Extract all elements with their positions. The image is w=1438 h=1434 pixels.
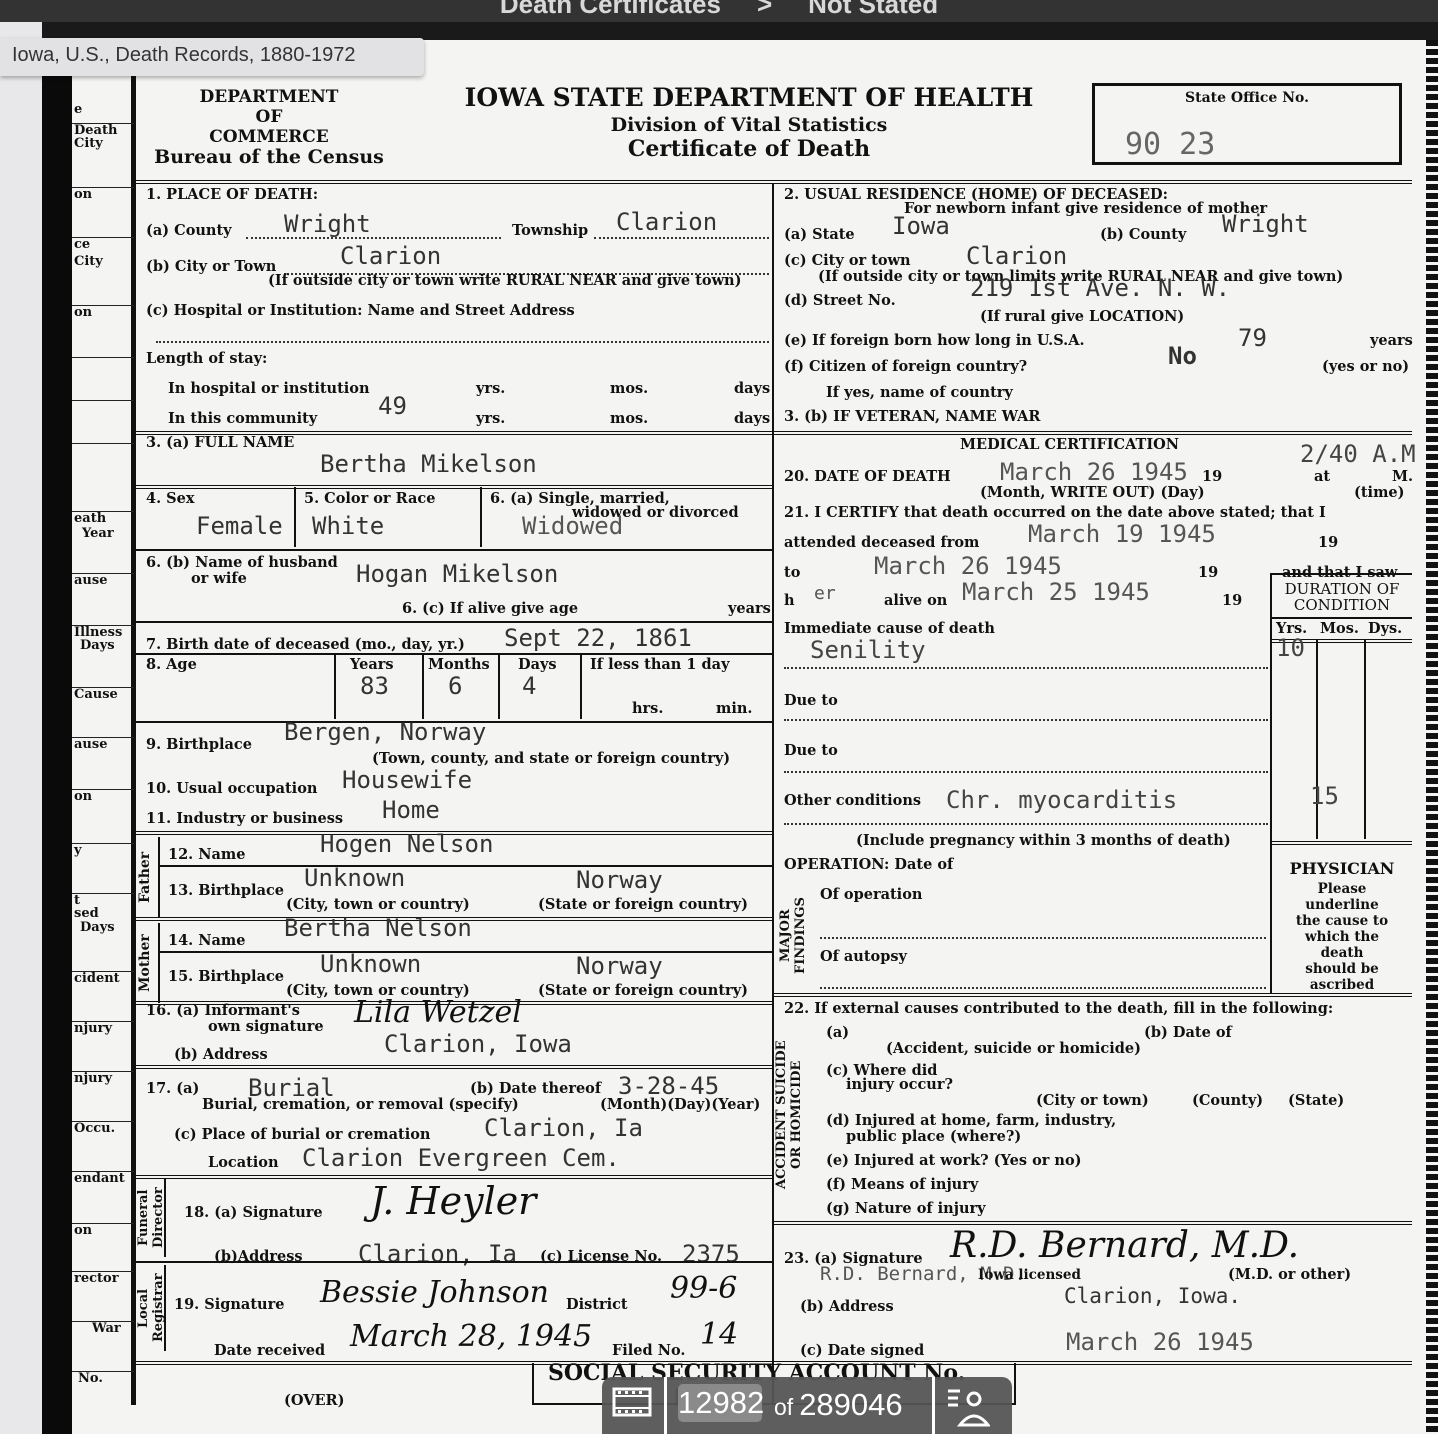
birthplace-label: 9. Birthplace bbox=[146, 737, 252, 753]
occupation-value: Housewife bbox=[342, 767, 472, 793]
dotted-line bbox=[784, 823, 1268, 825]
burial-location-label: Location bbox=[208, 1155, 279, 1171]
state-office-number: 90 23 bbox=[1125, 127, 1215, 162]
dotted-line bbox=[156, 341, 769, 343]
city-note: (If outside city or town write RURAL NEA… bbox=[268, 273, 741, 289]
funeral-director-side-label: Funeral Director bbox=[136, 1179, 166, 1257]
of-operation-label: Of operation bbox=[820, 887, 922, 903]
stub-label: City bbox=[72, 137, 134, 150]
city-note: (City or town) bbox=[1036, 1093, 1149, 1109]
injured-at-label: public place (where?) bbox=[846, 1129, 1021, 1145]
country-label: If yes, name of country bbox=[826, 385, 1013, 401]
stub-label: rector bbox=[72, 1271, 134, 1285]
stub-divider bbox=[72, 357, 134, 358]
certificate-stub: e Death City on ce City on eath Year aus… bbox=[72, 75, 134, 1405]
due-to-label: Due to bbox=[784, 693, 838, 709]
state-office-label: State Office No. bbox=[1095, 90, 1399, 106]
year-prefix: 19 bbox=[1222, 593, 1242, 609]
stub-label: t bbox=[72, 893, 134, 907]
unit-label: hrs. bbox=[632, 701, 663, 717]
date-received-label: Date received bbox=[214, 1343, 325, 1359]
duration-title-line: CONDITION bbox=[1274, 597, 1410, 613]
stub-label: Cause bbox=[72, 687, 134, 701]
informant-address-value: Clarion, Iowa bbox=[384, 1031, 572, 1057]
father-birthplace-city: Unknown bbox=[304, 865, 405, 891]
viewer-gutter bbox=[0, 22, 42, 1434]
physician-box-border bbox=[1270, 843, 1272, 993]
father-birthplace-label: 13. Birthplace bbox=[168, 883, 284, 899]
external-causes-heading: 22. If external causes contributed to th… bbox=[784, 1001, 1333, 1017]
cell-divider bbox=[294, 487, 296, 547]
toolbar-separator bbox=[664, 1377, 667, 1434]
cell-divider bbox=[158, 837, 160, 917]
cell-divider bbox=[498, 653, 500, 719]
stub-divider bbox=[72, 443, 134, 444]
rural-note: (If rural give LOCATION) bbox=[980, 309, 1184, 325]
community-years-value: 49 bbox=[378, 393, 407, 419]
attended-to-value: March 26 1945 bbox=[874, 553, 1062, 579]
page-number-input[interactable]: 12982 bbox=[678, 1384, 762, 1422]
stub-label: sed bbox=[72, 907, 134, 920]
dotted-line bbox=[594, 237, 769, 239]
time-of-death-note: 2/40 A.M bbox=[1300, 441, 1416, 467]
major-findings-label: MAJOR FINDINGS bbox=[778, 881, 808, 991]
district-value: 99-6 bbox=[670, 1271, 737, 1306]
medical-cert-heading: MEDICAL CERTIFICATION bbox=[960, 437, 1179, 453]
due-to-label: Due to bbox=[784, 743, 838, 759]
year-prefix: 19 bbox=[1198, 565, 1218, 581]
alive-on-value: March 25 1945 bbox=[962, 579, 1150, 605]
residence-city-value: Clarion bbox=[966, 243, 1067, 269]
divider bbox=[134, 431, 1412, 435]
divider bbox=[134, 549, 772, 551]
mother-side-label: Mother bbox=[138, 923, 153, 1003]
stub-label: City bbox=[72, 255, 134, 268]
registrar-side-label: Local Registrar bbox=[136, 1265, 166, 1351]
other-conditions-value: Chr. myocarditis bbox=[946, 787, 1177, 813]
age-years-value: 83 bbox=[360, 673, 389, 699]
county-note: (County) bbox=[1192, 1093, 1263, 1109]
informant-address-label: (b) Address bbox=[174, 1047, 268, 1063]
father-birthplace-country: Norway bbox=[576, 867, 663, 893]
breadcrumb-item[interactable]: Not Stated bbox=[808, 0, 938, 19]
full-name-value: Bertha Mikelson bbox=[320, 451, 537, 477]
license-value: 2375 bbox=[682, 1241, 740, 1267]
dotted-line bbox=[784, 719, 1268, 721]
bureau-line: Bureau of the Census bbox=[154, 147, 384, 167]
division-title: Division of Vital Statistics bbox=[424, 114, 1074, 136]
injury-date-label: (b) Date of bbox=[1144, 1025, 1232, 1041]
funeral-signature-label: 18. (a) Signature bbox=[184, 1205, 323, 1221]
collection-tooltip: Iowa, U.S., Death Records, 1880-1972 bbox=[0, 38, 424, 76]
dotted-line bbox=[820, 937, 1266, 939]
unit-label: years bbox=[728, 601, 771, 617]
immediate-cause-label: Immediate cause of death bbox=[784, 621, 995, 637]
dept-line: COMMERCE bbox=[154, 127, 384, 147]
physician-signature: R.D. Bernard, M.D. bbox=[950, 1225, 1299, 1266]
date-signed-label: (c) Date signed bbox=[800, 1343, 924, 1359]
father-name-value: Hogen Nelson bbox=[320, 831, 493, 857]
page-count: of289046 bbox=[774, 1387, 903, 1423]
township-label: Township bbox=[512, 223, 588, 239]
race-label: 5. Color or Race bbox=[304, 491, 435, 507]
md-note: (M.D. or other) bbox=[1228, 1267, 1351, 1283]
dept-line: OF bbox=[154, 107, 384, 127]
unit-label: yrs. bbox=[476, 411, 505, 427]
unit-label: days bbox=[734, 381, 770, 397]
stub-label: njury bbox=[72, 1021, 134, 1035]
dod-note: (Month, WRITE OUT) (Day) bbox=[980, 485, 1205, 501]
injury-location-label: injury occur? bbox=[846, 1077, 953, 1093]
residence-state-value: Iowa bbox=[892, 213, 950, 239]
over-label: (OVER) bbox=[284, 1393, 344, 1409]
cell-divider bbox=[334, 653, 336, 719]
spouse-age-label: 6. (c) If alive give age bbox=[402, 601, 578, 617]
divider bbox=[134, 1065, 772, 1069]
meridiem-label: M. bbox=[1392, 469, 1413, 485]
death-city-value: Clarion bbox=[340, 243, 441, 269]
birthplace-value: Bergen, Norway bbox=[284, 719, 486, 745]
dept-commerce-header: DEPARTMENT OF COMMERCE Bureau of the Cen… bbox=[154, 87, 384, 167]
yes-no-note: (yes or no) bbox=[1322, 359, 1409, 375]
accident-side-label: ACCIDENT SUICIDE OR HOMICIDE bbox=[774, 1035, 804, 1195]
place-of-death-heading: 1. PLACE OF DEATH: bbox=[146, 187, 318, 203]
hospital-label: (c) Hospital or Institution: Name and St… bbox=[146, 303, 575, 319]
divider bbox=[134, 621, 772, 623]
city-label: (b) City or Town bbox=[146, 259, 276, 275]
pregnancy-note: (Include pregnancy within 3 months of de… bbox=[856, 833, 1231, 849]
unit-label: days bbox=[734, 411, 770, 427]
residence-city-label: (c) City or town bbox=[784, 253, 911, 269]
divider bbox=[160, 865, 772, 867]
birth-date-label: 7. Birth date of deceased (mo., day, yr.… bbox=[146, 637, 465, 653]
h-label: h bbox=[784, 593, 795, 609]
nature-of-injury-label: (g) Nature of injury bbox=[826, 1201, 986, 1217]
mother-birthplace-label: 15. Birthplace bbox=[168, 969, 284, 985]
cell-divider bbox=[164, 1265, 166, 1351]
full-name-label: 3. (a) FULL NAME bbox=[146, 435, 294, 451]
stub-label: No. bbox=[72, 1371, 134, 1385]
cell-divider bbox=[480, 487, 482, 547]
attended-to-label: to bbox=[784, 565, 800, 581]
stub-label: on bbox=[72, 1223, 134, 1237]
cell-divider bbox=[158, 923, 160, 1003]
foreign-born-label: (e) If foreign born how long in U.S.A. bbox=[784, 333, 1085, 349]
spouse-label: 6. (b) Name of husband bbox=[146, 555, 338, 571]
injured-at-work-label: (e) Injured at work? (Yes or no) bbox=[826, 1153, 1082, 1169]
unit-label: years bbox=[1370, 333, 1413, 349]
breadcrumb-separator: > bbox=[757, 0, 772, 19]
registrar-signature-label: 19. Signature bbox=[174, 1297, 284, 1313]
duration-header: Dys. bbox=[1368, 621, 1402, 637]
certify-text: 21. I CERTIFY that death occurred on the… bbox=[784, 505, 1326, 521]
burial-label: 17. (a) bbox=[146, 1081, 199, 1097]
registrar-signature: Bessie Johnson bbox=[320, 1275, 549, 1310]
duration-title: DURATION OFCONDITION bbox=[1274, 581, 1410, 613]
hospital-stay-label: In hospital or institution bbox=[168, 381, 370, 397]
date-of-death-value: March 26 1945 bbox=[1000, 459, 1188, 485]
industry-value: Home bbox=[382, 797, 440, 823]
date-received-value: March 28, 1945 bbox=[350, 1319, 592, 1354]
state-office-box: State Office No. 90 23 bbox=[1092, 83, 1402, 165]
age-header: Years bbox=[350, 657, 394, 673]
burial-date-label: (b) Date thereof bbox=[470, 1081, 601, 1097]
stub-label: cident bbox=[72, 971, 134, 985]
stub-label: njury bbox=[72, 1071, 134, 1085]
dotted-line bbox=[820, 987, 1266, 989]
total-images: 289046 bbox=[799, 1387, 902, 1422]
stub-label: endant bbox=[72, 1171, 134, 1185]
cell-divider bbox=[422, 653, 424, 719]
burial-type-note: Burial, cremation, or removal (specify) bbox=[202, 1097, 519, 1113]
alive-on-label: alive on bbox=[884, 593, 947, 609]
attended-from-label: attended deceased from bbox=[784, 535, 979, 551]
stub-label: Year bbox=[72, 527, 134, 540]
stub-label: ause bbox=[72, 737, 134, 751]
state-note: (State or foreign country) bbox=[538, 983, 748, 999]
divider bbox=[1270, 573, 1412, 575]
mother-birthplace-city: Unknown bbox=[320, 951, 421, 977]
father-name-label: 12. Name bbox=[168, 847, 246, 863]
toolbar-separator bbox=[932, 1377, 935, 1434]
cell-divider bbox=[164, 1179, 166, 1257]
community-label: In this community bbox=[168, 411, 317, 427]
occupation-label: 10. Usual occupation bbox=[146, 781, 317, 797]
birth-date-value: Sept 22, 1861 bbox=[504, 625, 692, 651]
citizen-value: No bbox=[1168, 343, 1197, 369]
age-header: If less than 1 day bbox=[590, 657, 730, 673]
residence-county-value: Wright bbox=[1222, 211, 1309, 237]
age-label: 8. Age bbox=[146, 657, 197, 673]
death-township-value: Clarion bbox=[616, 209, 717, 235]
other-duration-years: 15 bbox=[1310, 783, 1339, 809]
sex-value: Female bbox=[196, 513, 283, 539]
filed-no-label: Filed No. bbox=[612, 1343, 685, 1359]
burial-location-value: Clarion Evergreen Cem. bbox=[302, 1145, 620, 1171]
accident-type-note: (Accident, suicide or homicide) bbox=[886, 1041, 1141, 1057]
informant-label: 16. (a) Informant's bbox=[146, 1003, 300, 1019]
industry-label: 11. Industry or business bbox=[146, 811, 343, 827]
stub-label: Days bbox=[72, 639, 134, 652]
breadcrumb-item[interactable]: Death Certificates bbox=[500, 0, 721, 19]
state-label: (a) State bbox=[784, 227, 855, 243]
dept-line: DEPARTMENT bbox=[154, 87, 384, 107]
mother-name-value: Bertha Nelson bbox=[284, 915, 472, 941]
state-note: (State or foreign country) bbox=[538, 897, 748, 913]
stub-label: ce bbox=[72, 237, 134, 251]
certificate-heading: Certificate of Death bbox=[424, 136, 1074, 162]
department-title: IOWA STATE DEPARTMENT OF HEALTH bbox=[424, 83, 1074, 112]
stub-label: Death bbox=[72, 123, 134, 137]
index-person-icon[interactable] bbox=[946, 1385, 990, 1427]
physician-address-label: (b) Address bbox=[800, 1299, 894, 1315]
age-header: Months bbox=[428, 657, 490, 673]
stub-label: eath bbox=[72, 511, 134, 525]
residence-county-label: (b) County bbox=[1100, 227, 1186, 243]
iowa-licensed-label: Iowa licensed bbox=[978, 1267, 1081, 1283]
informant-label: own signature bbox=[208, 1019, 324, 1035]
age-months-value: 6 bbox=[448, 673, 462, 699]
filmstrip-icon[interactable] bbox=[612, 1385, 652, 1419]
physician-box-title: PHYSICIAN bbox=[1274, 861, 1410, 877]
veteran-label: 3. (b) IF VETERAN, NAME WAR bbox=[784, 409, 1040, 425]
immediate-duration-years: 10 bbox=[1276, 635, 1305, 661]
physician-box-note: Please underline the cause to which the … bbox=[1294, 881, 1390, 993]
city-note: (City, town or country) bbox=[286, 897, 470, 913]
sex-label: 4. Sex bbox=[146, 491, 195, 507]
years-in-usa-value: 79 bbox=[1238, 325, 1267, 351]
birthplace-note: (Town, county, and state or foreign coun… bbox=[372, 751, 730, 767]
attended-from-value: March 19 1945 bbox=[1028, 521, 1216, 547]
length-of-stay-label: Length of stay: bbox=[146, 351, 267, 367]
of-label: of bbox=[774, 1394, 793, 1420]
divider bbox=[1270, 617, 1412, 619]
death-certificate-form: DEPARTMENT OF COMMERCE Bureau of the Cen… bbox=[134, 75, 1412, 1405]
date-signed-value: March 26 1945 bbox=[1066, 1329, 1254, 1355]
divider bbox=[774, 993, 1412, 997]
unit-label: yrs. bbox=[476, 381, 505, 397]
unit-label: mos. bbox=[610, 411, 648, 427]
unit-label: min. bbox=[716, 701, 752, 717]
means-of-injury-label: (f) Means of injury bbox=[826, 1177, 978, 1193]
divider bbox=[134, 653, 772, 655]
filed-no-value: 14 bbox=[700, 1317, 738, 1352]
burial-date-note: (Month)(Day)(Year) bbox=[600, 1097, 760, 1113]
funeral-address-value: Clarion, Ia bbox=[358, 1241, 517, 1267]
stub-label: Illness bbox=[72, 625, 134, 639]
stub-divider bbox=[72, 400, 134, 401]
dotted-line bbox=[784, 667, 1268, 669]
stub-label: e bbox=[72, 103, 134, 116]
dotted-line bbox=[784, 771, 1268, 773]
perforated-edge bbox=[1426, 40, 1438, 1434]
stub-label: y bbox=[72, 843, 134, 857]
year-prefix: 19 bbox=[1202, 469, 1222, 485]
injured-at-label: (d) Injured at home, farm, industry, bbox=[826, 1113, 1116, 1129]
citizen-label: (f) Citizen of foreign country? bbox=[784, 359, 1027, 375]
divider bbox=[1270, 841, 1412, 845]
unit-label: mos. bbox=[610, 381, 648, 397]
death-county-value: Wright bbox=[284, 211, 371, 237]
at-label: at bbox=[1314, 469, 1330, 485]
operation-date-label: OPERATION: Date of bbox=[784, 857, 953, 873]
spouse-label: or wife bbox=[191, 571, 247, 587]
physician-address-value: Clarion, Iowa. bbox=[1064, 1283, 1241, 1309]
time-note: (time) bbox=[1354, 485, 1405, 501]
street-label: (d) Street No. bbox=[784, 293, 896, 309]
cell-divider bbox=[580, 653, 582, 719]
date-of-death-label: 20. DATE OF DEATH bbox=[784, 469, 951, 485]
year-prefix: 19 bbox=[1318, 535, 1338, 551]
column-divider bbox=[772, 183, 774, 1403]
duration-title-line: DURATION OF bbox=[1274, 581, 1410, 597]
divider bbox=[134, 1261, 772, 1263]
mother-birthplace-country: Norway bbox=[576, 953, 663, 979]
stub-label: on bbox=[72, 187, 134, 201]
duration-header: Mos. bbox=[1320, 621, 1359, 637]
h-value: er bbox=[814, 581, 836, 607]
other-conditions-label: Other conditions bbox=[784, 793, 921, 809]
cell-divider bbox=[1364, 639, 1366, 839]
funeral-director-signature: J. Heyler bbox=[370, 1179, 536, 1223]
stub-label: ause bbox=[72, 573, 134, 587]
divider bbox=[160, 951, 772, 953]
age-header: Days bbox=[518, 657, 557, 673]
image-navigator-toolbar: 12982 of289046 bbox=[602, 1377, 1012, 1434]
father-side-label: Father bbox=[138, 837, 153, 917]
breadcrumb-bar: Death Certificates>Not Stated bbox=[0, 0, 1438, 22]
stub-label: Occu. bbox=[72, 1121, 134, 1135]
race-value: White bbox=[312, 513, 384, 539]
street-value: 219 1st Ave. N. W. bbox=[970, 275, 1230, 301]
stub-label: on bbox=[72, 789, 134, 803]
divider bbox=[134, 485, 772, 489]
burial-place-value: Clarion, Ia bbox=[484, 1115, 643, 1141]
stub-label: War bbox=[72, 1321, 134, 1335]
marital-value: Widowed bbox=[522, 513, 623, 539]
newborn-note: For newborn infant give residence of mot… bbox=[904, 201, 1267, 217]
stub-label: Days bbox=[72, 921, 134, 934]
of-autopsy-label: Of autopsy bbox=[820, 949, 907, 965]
mother-name-label: 14. Name bbox=[168, 933, 246, 949]
certificate-title: IOWA STATE DEPARTMENT OF HEALTH Division… bbox=[424, 83, 1074, 162]
county-label: (a) County bbox=[146, 223, 232, 239]
stub-label: on bbox=[72, 305, 134, 319]
informant-signature: Lila Wetzel bbox=[354, 995, 522, 1030]
accident-type-label: (a) bbox=[826, 1025, 849, 1041]
age-days-value: 4 bbox=[522, 673, 536, 699]
district-label: District bbox=[566, 1297, 628, 1313]
spouse-value: Hogan Mikelson bbox=[356, 561, 558, 587]
immediate-cause-value: Senility bbox=[810, 637, 926, 663]
burial-place-label: (c) Place of burial or cremation bbox=[174, 1127, 430, 1143]
state-note: (State) bbox=[1288, 1093, 1344, 1109]
image-edge bbox=[42, 40, 72, 1434]
